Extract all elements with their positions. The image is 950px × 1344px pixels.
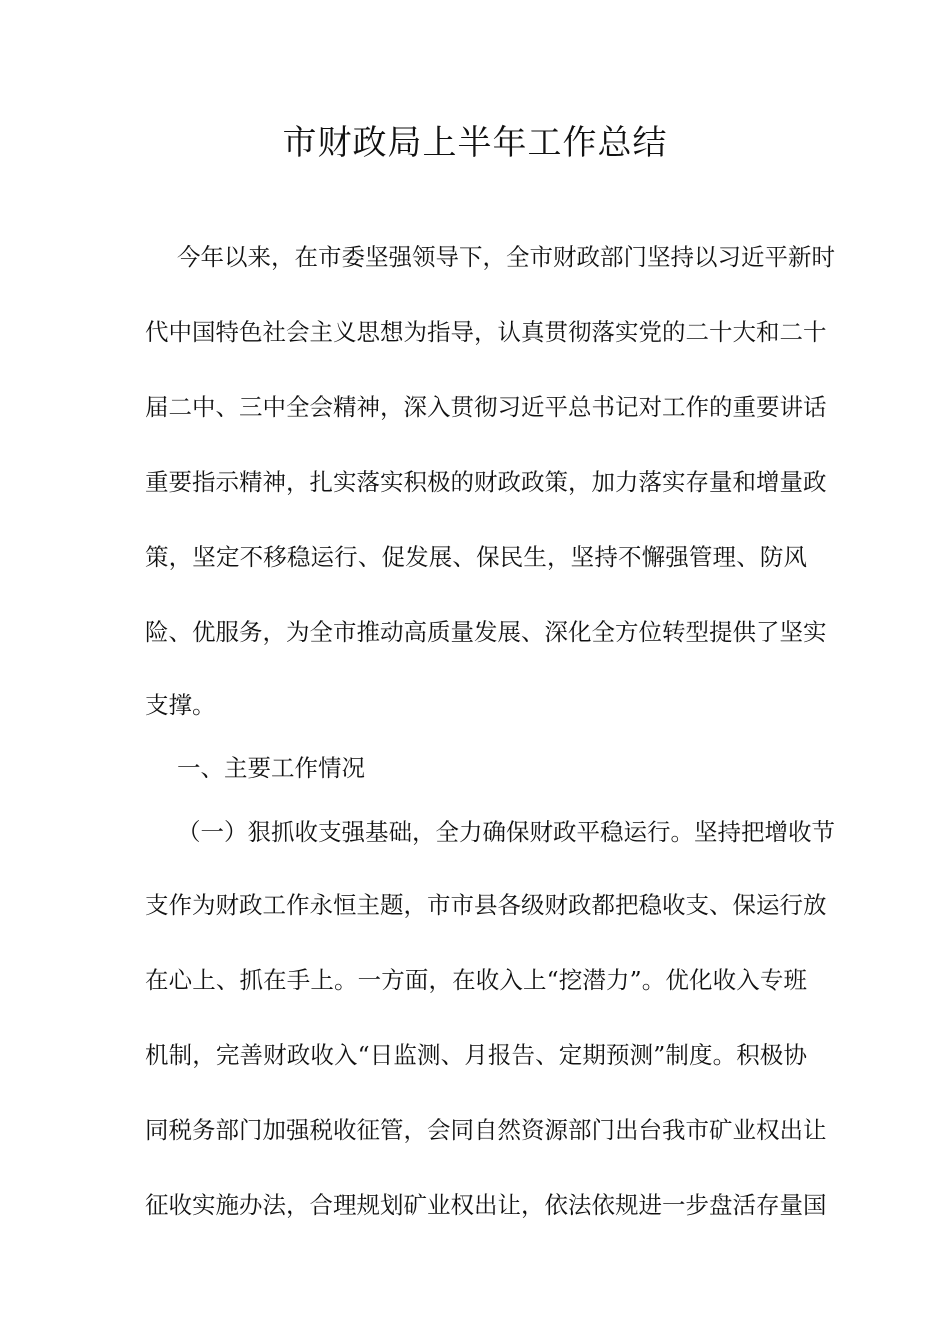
body-text-line: 代中国特色社会主义思想为指导，认真贯彻落实党的二十大和二十 <box>145 317 807 347</box>
body-text-line: 今年以来，在市委坚强领导下，全市财政部门坚持以习近平新时 <box>177 242 807 272</box>
body-text-line: 重要指示精神，扎实落实积极的财政政策，加力落实存量和增量政 <box>145 467 807 497</box>
body-text-line: 支撑。 <box>145 690 807 720</box>
document-title: 市财政局上半年工作总结 <box>0 122 950 164</box>
body-text-line: 征收实施办法，合理规划矿业权出让，依法依规进一步盘活存量国 <box>145 1190 807 1220</box>
body-text-line: 策，坚定不移稳运行、促发展、保民生，坚持不懈强管理、防风 <box>145 542 807 572</box>
body-text-line: 在心上、抓在手上。一方面，在收入上“挖潜力”。优化收入专班 <box>145 965 807 995</box>
body-text-line: 险、优服务，为全市推动高质量发展、深化全方位转型提供了坚实 <box>145 617 807 647</box>
body-text-line: （一）狠抓收支强基础，全力确保财政平稳运行。坚持把增收节 <box>177 817 807 847</box>
body-text-line: 一、主要工作情况 <box>177 753 807 783</box>
body-text-line: 机制，完善财政收入“日监测、月报告、定期预测”制度。积极协 <box>145 1040 807 1070</box>
body-text-line: 同税务部门加强税收征管，会同自然资源部门出台我市矿业权出让 <box>145 1115 807 1145</box>
body-text-line: 支作为财政工作永恒主题，市市县各级财政都把稳收支、保运行放 <box>145 890 807 920</box>
body-text-line: 届二中、三中全会精神，深入贯彻习近平总书记对工作的重要讲话 <box>145 392 807 422</box>
